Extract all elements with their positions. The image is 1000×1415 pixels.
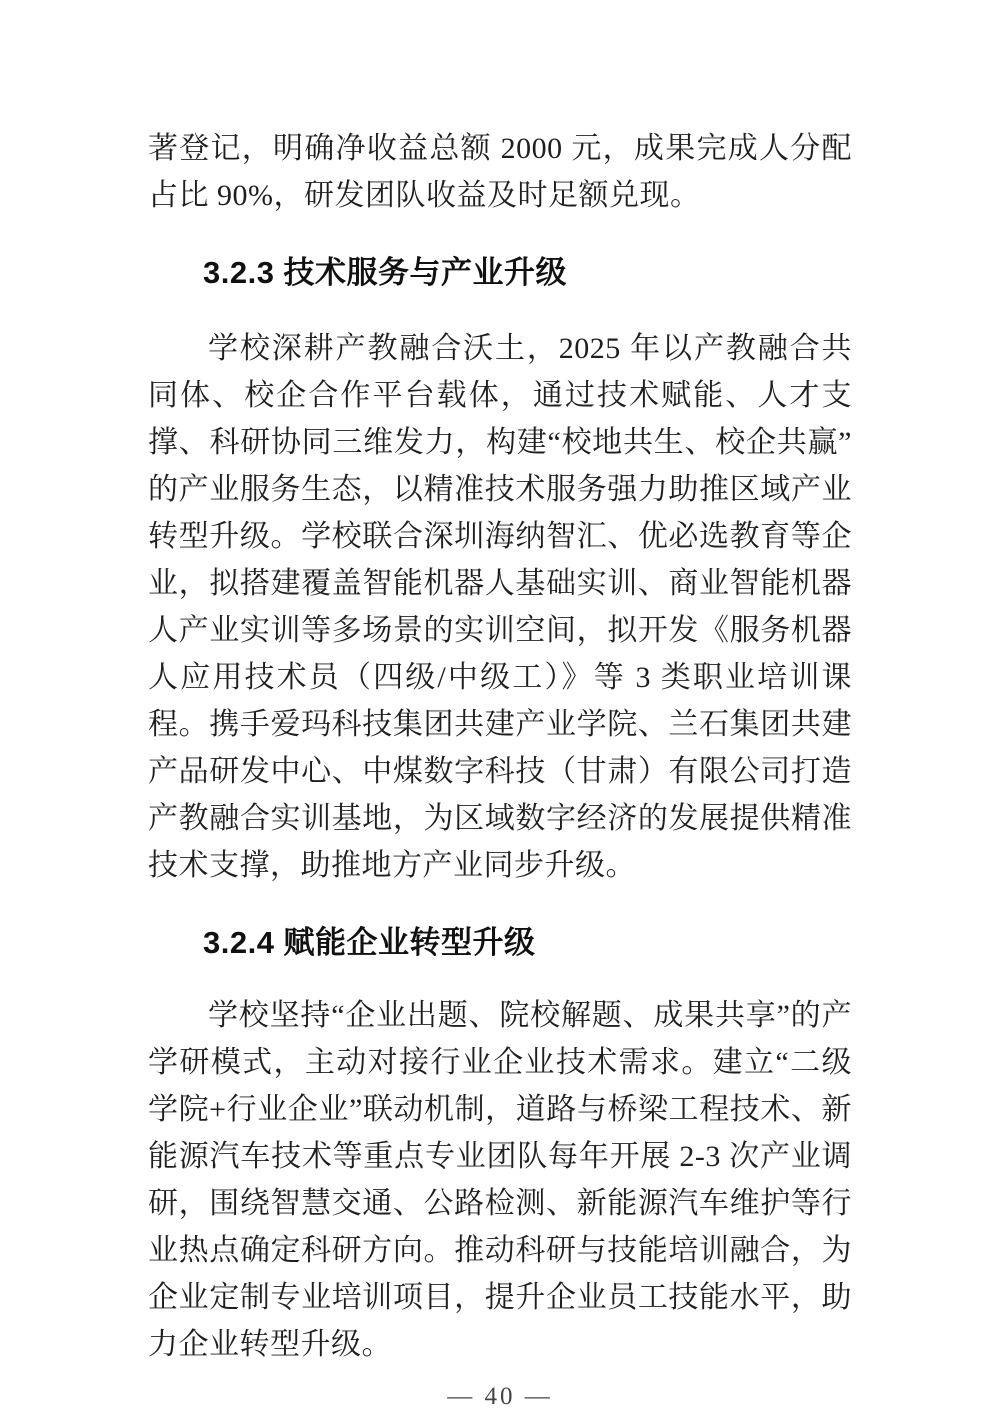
paragraph-continued-from-previous-page: 著登记，明确净收益总额 2000 元，成果完成人分配占比 90%，研发团队收益及… xyxy=(148,0,852,219)
section-heading-3-2-4: 3.2.4 赋能企业转型升级 xyxy=(203,919,852,967)
section-3-2-3-paragraph: 学校深耕产教融合沃土，2025 年以产教融合共同体、校企合作平台载体，通过技术赋… xyxy=(148,325,852,889)
document-page: 著登记，明确净收益总额 2000 元，成果完成人分配占比 90%，研发团队收益及… xyxy=(0,0,1000,1415)
page-number: — 40 — xyxy=(148,1384,852,1410)
section-3-2-4-paragraph: 学校坚持“企业出题、院校解题、成果共享”的产学研模式，主动对接行业企业技术需求。… xyxy=(148,992,852,1368)
page-content: 著登记，明确净收益总额 2000 元，成果完成人分配占比 90%，研发团队收益及… xyxy=(148,0,852,1410)
section-heading-3-2-3: 3.2.3 技术服务与产业升级 xyxy=(203,249,852,297)
